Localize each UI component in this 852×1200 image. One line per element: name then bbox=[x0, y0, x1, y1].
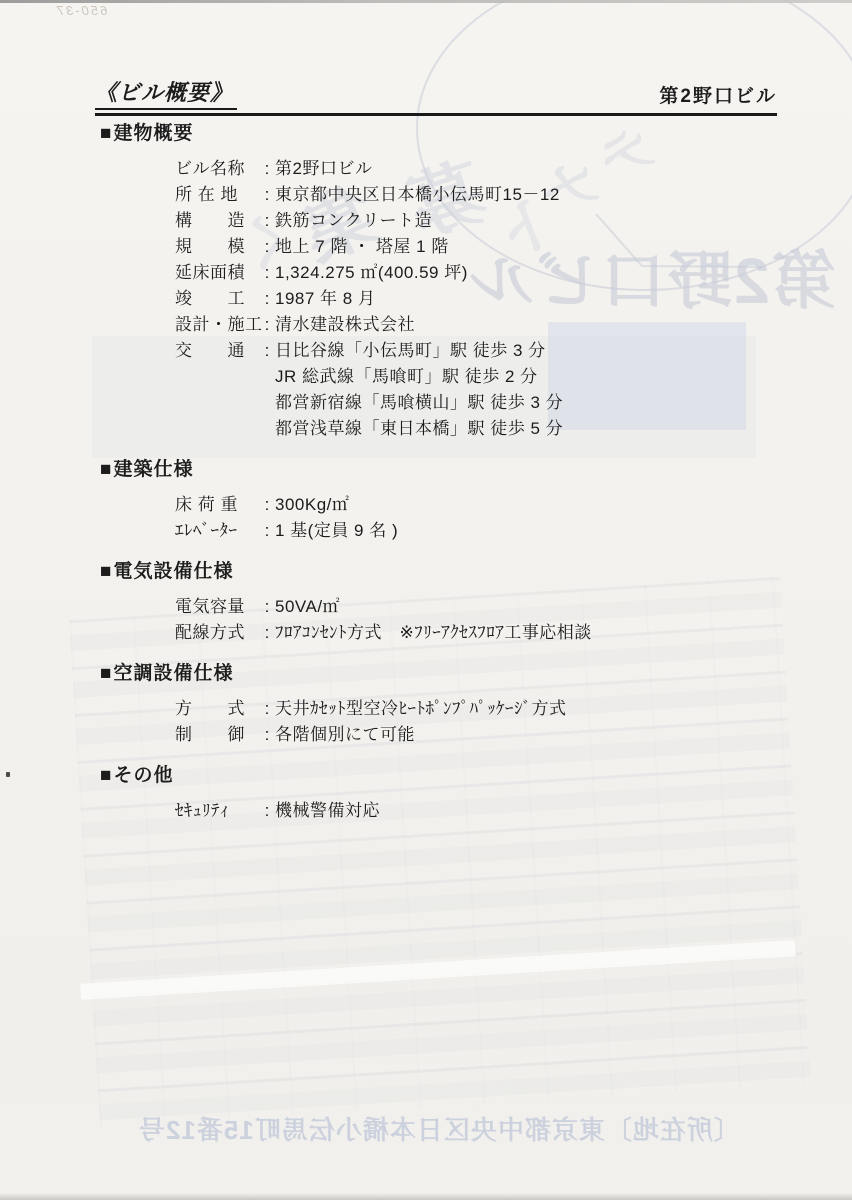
spec-value: 1 基(定員 9 名 ) bbox=[275, 522, 398, 540]
spec-colon: : bbox=[259, 290, 275, 308]
spec-value: 東京都中央区日本橋小伝馬町15－12 bbox=[275, 186, 560, 204]
spec-value: 天井ｶｾｯﾄ型空冷ﾋｰﾄﾎﾟﾝﾌﾟﾊﾟｯｹｰｼﾞ方式 bbox=[275, 700, 567, 718]
spec-row: 延床面積:1,324.275 ㎡(400.59 坪) bbox=[175, 264, 795, 282]
spec-label: 方 式 bbox=[175, 700, 259, 718]
spacer bbox=[259, 394, 275, 412]
spec-label: 設計・施工 bbox=[175, 316, 259, 334]
section-marker-icon: ■ bbox=[100, 561, 112, 582]
spec-colon: : bbox=[259, 264, 275, 282]
spec-label: 交 通 bbox=[175, 342, 259, 360]
spec-value: 地上 7 階 ・ 塔屋 1 階 bbox=[275, 238, 449, 256]
spec-label: 竣 工 bbox=[175, 290, 259, 308]
spec-label: 所 在 地 bbox=[175, 186, 259, 204]
spec-row: 交 通:日比谷線「小伝馬町」駅 徒歩 3 分 bbox=[175, 342, 795, 360]
spec-value: 300Kg/㎡ bbox=[275, 496, 349, 514]
spacer bbox=[175, 368, 259, 386]
building-name-header: 第2野口ビル bbox=[659, 81, 777, 110]
spec-label: 延床面積 bbox=[175, 264, 259, 282]
section-hvac-rows: 方 式:天井ｶｾｯﾄ型空冷ﾋｰﾄﾎﾟﾝﾌﾟﾊﾟｯｹｰｼﾞ方式 制 御:各階個別に… bbox=[175, 700, 795, 744]
spec-label: 構 造 bbox=[175, 212, 259, 230]
section-other-rows: ｾｷｭﾘﾃｨ:機械警備対応 bbox=[175, 802, 795, 820]
spec-label: 規 模 bbox=[175, 238, 259, 256]
spec-colon: : bbox=[259, 186, 275, 204]
spec-colon: : bbox=[259, 238, 275, 256]
spec-row-continuation: 都営新宿線「馬喰横山」駅 徒歩 3 分 bbox=[175, 394, 795, 412]
section-heading-building: ■建物概要 bbox=[100, 123, 795, 145]
spec-label: ｴﾚﾍﾞｰﾀｰ bbox=[175, 522, 259, 540]
spec-value: 機械警備対応 bbox=[275, 802, 380, 820]
document-page: 《ビル概要》 第2野口ビル ■建物概要 ビル名称:第2野口ビル 所 在 地:東京… bbox=[0, 0, 852, 1200]
spec-row: ｾｷｭﾘﾃｨ:機械警備対応 bbox=[175, 802, 795, 820]
spec-label: 床 荷 重 bbox=[175, 496, 259, 514]
scanner-bottom-edge bbox=[0, 1193, 852, 1200]
section-heading-label: 建築仕様 bbox=[113, 459, 193, 480]
spec-colon: : bbox=[259, 726, 275, 744]
section-heading-label: 建物概要 bbox=[113, 123, 193, 144]
spec-value: 清水建設株式会社 bbox=[275, 316, 415, 334]
section-marker-icon: ■ bbox=[100, 459, 112, 480]
spec-value: 都営浅草線「東日本橋」駅 徒歩 5 分 bbox=[275, 420, 563, 438]
spacer bbox=[175, 420, 259, 438]
spec-row: 制 御:各階個別にて可能 bbox=[175, 726, 795, 744]
spec-colon: : bbox=[259, 624, 275, 642]
spec-row: 方 式:天井ｶｾｯﾄ型空冷ﾋｰﾄﾎﾟﾝﾌﾟﾊﾟｯｹｰｼﾞ方式 bbox=[175, 700, 795, 718]
page-header: 《ビル概要》 第2野口ビル bbox=[95, 76, 777, 116]
spec-value: 50VA/㎡ bbox=[275, 598, 340, 616]
spec-colon: : bbox=[259, 802, 275, 820]
section-heading-hvac: ■空調設備仕様 bbox=[100, 663, 795, 685]
spec-value: 第2野口ビル bbox=[275, 160, 372, 178]
spec-row: 竣 工:1987 年 8 月 bbox=[175, 290, 795, 308]
section-marker-icon: ■ bbox=[100, 663, 112, 684]
ink-speck bbox=[6, 772, 10, 777]
page-content: ■建物概要 ビル名称:第2野口ビル 所 在 地:東京都中央区日本橋小伝馬町15－… bbox=[95, 115, 795, 828]
spec-row: 構 造:鉄筋コンクリート造 bbox=[175, 212, 795, 230]
section-marker-icon: ■ bbox=[100, 123, 112, 144]
page-title: 《ビル概要》 bbox=[95, 76, 237, 110]
spec-value: JR 総武線「馬喰町」駅 徒歩 2 分 bbox=[275, 368, 538, 386]
spec-row: 配線方式:ﾌﾛｱｺﾝｾﾝﾄ方式 ※ﾌﾘｰｱｸｾｽﾌﾛｱ工事応相談 bbox=[175, 624, 795, 642]
section-building-rows: ビル名称:第2野口ビル 所 在 地:東京都中央区日本橋小伝馬町15－12 構 造… bbox=[175, 160, 795, 438]
spec-value: 鉄筋コンクリート造 bbox=[275, 212, 432, 230]
spec-row: ビル名称:第2野口ビル bbox=[175, 160, 795, 178]
spec-colon: : bbox=[259, 212, 275, 230]
spec-value: 日比谷線「小伝馬町」駅 徒歩 3 分 bbox=[275, 342, 546, 360]
spec-row: 床 荷 重:300Kg/㎡ bbox=[175, 496, 795, 514]
section-marker-icon: ■ bbox=[100, 765, 112, 786]
spec-colon: : bbox=[259, 342, 275, 360]
spec-colon: : bbox=[259, 160, 275, 178]
scanner-top-edge bbox=[0, 0, 852, 3]
spec-label: 制 御 bbox=[175, 726, 259, 744]
spec-colon: : bbox=[259, 598, 275, 616]
spec-row: 設計・施工:清水建設株式会社 bbox=[175, 316, 795, 334]
spec-value: 1987 年 8 月 bbox=[275, 290, 375, 308]
spec-colon: : bbox=[259, 522, 275, 540]
section-heading-electrical: ■電気設備仕様 bbox=[100, 561, 795, 583]
spacer bbox=[175, 394, 259, 412]
spec-row: 所 在 地:東京都中央区日本橋小伝馬町15－12 bbox=[175, 186, 795, 204]
section-heading-label: その他 bbox=[113, 765, 173, 786]
spec-label: 配線方式 bbox=[175, 624, 259, 642]
section-heading-label: 空調設備仕様 bbox=[113, 663, 233, 684]
spec-row: ｴﾚﾍﾞｰﾀｰ:1 基(定員 9 名 ) bbox=[175, 522, 795, 540]
spec-label: ビル名称 bbox=[175, 160, 259, 178]
spec-row-continuation: JR 総武線「馬喰町」駅 徒歩 2 分 bbox=[175, 368, 795, 386]
spec-value: 1,324.275 ㎡(400.59 坪) bbox=[275, 264, 468, 282]
spacer bbox=[259, 368, 275, 386]
section-heading-architecture: ■建築仕様 bbox=[100, 459, 795, 481]
spec-row-continuation: 都営浅草線「東日本橋」駅 徒歩 5 分 bbox=[175, 420, 795, 438]
spec-label: ｾｷｭﾘﾃｨ bbox=[175, 802, 259, 820]
spec-colon: : bbox=[259, 496, 275, 514]
spec-value: 都営新宿線「馬喰横山」駅 徒歩 3 分 bbox=[275, 394, 563, 412]
spec-row: 電気容量:50VA/㎡ bbox=[175, 598, 795, 616]
spec-label: 電気容量 bbox=[175, 598, 259, 616]
spec-row: 規 模:地上 7 階 ・ 塔屋 1 階 bbox=[175, 238, 795, 256]
spec-value: 各階個別にて可能 bbox=[275, 726, 415, 744]
section-architecture-rows: 床 荷 重:300Kg/㎡ ｴﾚﾍﾞｰﾀｰ:1 基(定員 9 名 ) bbox=[175, 496, 795, 540]
spacer bbox=[259, 420, 275, 438]
section-heading-label: 電気設備仕様 bbox=[113, 561, 233, 582]
spec-colon: : bbox=[259, 700, 275, 718]
section-electrical-rows: 電気容量:50VA/㎡ 配線方式:ﾌﾛｱｺﾝｾﾝﾄ方式 ※ﾌﾘｰｱｸｾｽﾌﾛｱ工… bbox=[175, 598, 795, 642]
spec-value: ﾌﾛｱｺﾝｾﾝﾄ方式 ※ﾌﾘｰｱｸｾｽﾌﾛｱ工事応相談 bbox=[275, 624, 592, 642]
section-heading-other: ■その他 bbox=[100, 765, 795, 787]
spec-colon: : bbox=[259, 316, 275, 334]
